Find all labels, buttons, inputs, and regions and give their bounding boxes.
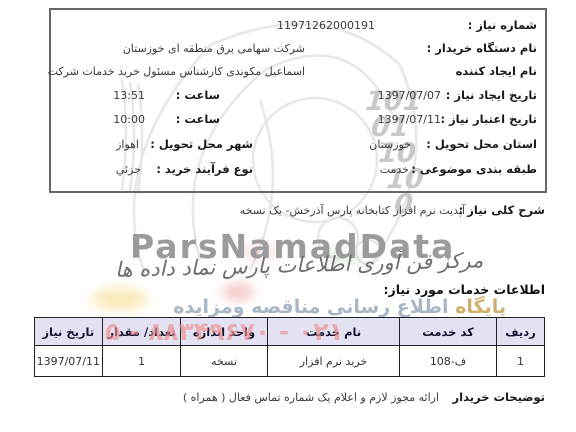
buyer-notes-value: ارائه مجوز لازم و اعلام یک شماره تماس فع… [183, 391, 439, 404]
create-date-label: تاریخ ایجاد نیاز : [446, 88, 537, 102]
expiry-date-label: تاریخ اعتبار نیاز : [440, 112, 537, 126]
field-row-need-number: شماره نیاز : 11971262000191 [51, 18, 545, 38]
services-table-row: 1 ف-108 خرید نرم افزار نسخه 1 1397/07/11 [34, 346, 544, 377]
buyer-org-label: نام دستگاه خریدار : [427, 41, 537, 55]
create-time-label: ساعت : [176, 88, 220, 102]
field-row-creator: نام ایجاد کننده اسماعیل مکوندی کارشناس م… [51, 64, 545, 84]
parsnamaddata-logo-text: ParsNamadData [130, 227, 455, 266]
subject-class-label: طبقه بندی موضوعی : [411, 162, 537, 176]
need-number-label: شماره نیاز : [468, 18, 537, 32]
field-row-buyer-org: نام دستگاه خریدار : شرکت سهامی برق منطقه… [51, 41, 545, 61]
col-header-quantity: تعداد/ مقدار [103, 318, 181, 346]
logo-color-blob-green [320, 250, 364, 266]
create-date-value: 1397/07/07 [378, 89, 441, 102]
col-header-need-date: تاریخ نیاز [34, 318, 102, 346]
purchase-process-label: نوع فرآیند خرید : [156, 162, 253, 176]
cell-row-number: 1 [497, 346, 545, 377]
need-number-value: 11971262000191 [277, 19, 375, 32]
delivery-province-value: خوزستان [369, 138, 411, 151]
expiry-time-value: 10:00 [113, 113, 145, 126]
expiry-date-value: 1397/07/11 [378, 113, 441, 126]
tagline-rest: اطلاع رسانی مناقصه ومزایده [173, 296, 455, 318]
cell-service-name: خرید نرم افزار [268, 346, 400, 377]
col-header-service-code: کد خدمت [400, 318, 497, 346]
expiry-time-label: ساعت : [176, 112, 220, 126]
required-services-heading: اطلاعات خدمات مورد نیاز: [384, 282, 546, 297]
calligraphy-watermark: مرکز فن آوری اطلاعات پارس نماد داده ها [114, 248, 483, 282]
creator-label: نام ایجاد کننده [456, 64, 537, 78]
delivery-province-label: استان محل تحویل : [426, 137, 537, 151]
delivery-city-value: اهواز [116, 138, 139, 151]
col-header-unit: واحد اندازه [181, 318, 268, 346]
buyer-org-value: شرکت سهامی برق منطقه ای خوزستان [123, 42, 305, 55]
col-header-row-number: ردیف [497, 318, 545, 346]
general-description-label: شرح کلی نیاز : [459, 203, 545, 217]
purchase-process-value: جزئي [116, 163, 141, 176]
cell-need-date: 1397/07/11 [34, 346, 102, 377]
col-header-service-name: نام خدمت [268, 318, 400, 346]
buyer-notes-label: توضیحات خریدار [453, 390, 545, 404]
services-table: ردیف کد خدمت نام خدمت واحد اندازه تعداد/… [34, 317, 545, 377]
logo-color-blob-yellow [92, 288, 147, 310]
cell-service-code: ف-108 [400, 346, 497, 377]
general-description-value: آپدیت نرم افزار کتابخانه پارس آذرخش- یک … [240, 204, 465, 217]
services-table-header-row: ردیف کد خدمت نام خدمت واحد اندازه تعداد/… [34, 318, 544, 346]
cell-quantity: 1 [103, 346, 181, 377]
cell-unit: نسخه [181, 346, 268, 377]
tagline-highlight-word: پایگاه [455, 296, 506, 318]
create-time-value: 13:51 [113, 89, 145, 102]
field-row-expiry-date: تاریخ اعتبار نیاز : 1397/07/11 ساعت : 10… [51, 112, 545, 132]
delivery-city-label: شهر محل تحویل : [150, 137, 253, 151]
field-row-create-date: تاریخ ایجاد نیاز : 1397/07/07 ساعت : 13:… [51, 88, 545, 108]
need-info-box: شماره نیاز : 11971262000191 نام دستگاه خ… [49, 8, 547, 193]
logo-color-blob-pink [222, 284, 254, 300]
logo-color-blob-salmon [240, 244, 280, 260]
tagline-watermark: پایگاه اطلاع رسانی مناقصه ومزایده [173, 296, 506, 318]
subject-class-value: خدمت [380, 163, 409, 176]
field-row-delivery-province: استان محل تحویل : خوزستان شهر محل تحویل … [51, 137, 545, 157]
creator-value: اسماعیل مکوندی کارشناس مسئول خرید خدمات … [48, 65, 305, 78]
field-row-subject-class: طبقه بندی موضوعی : خدمت نوع فرآیند خرید … [51, 162, 545, 182]
